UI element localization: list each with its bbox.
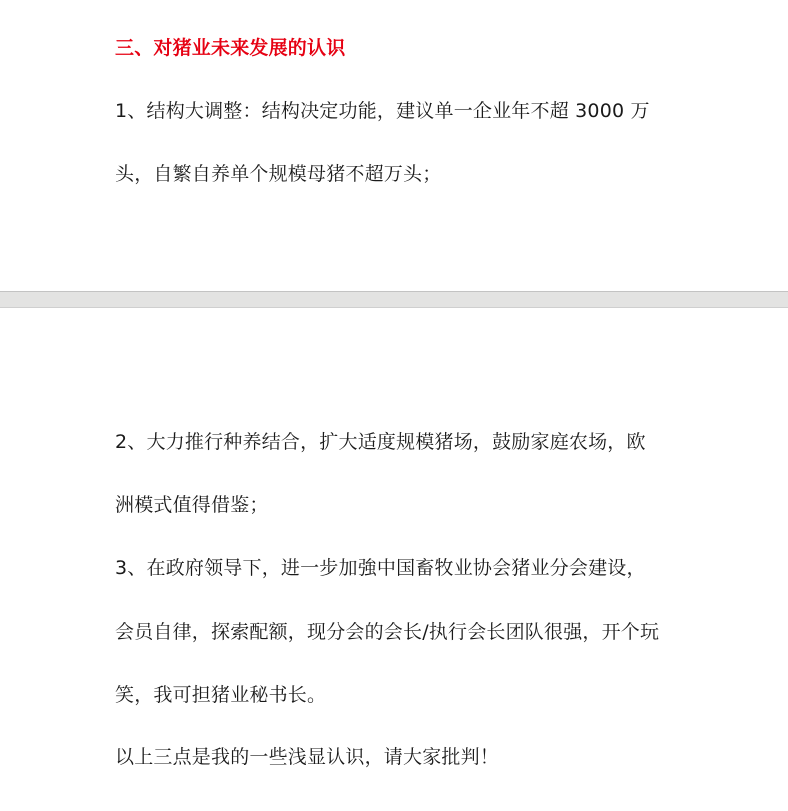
- document-page-2: 2、大力推行种养结合，扩大适度规模猪场，鼓励家庭农场，欧 洲模式值得借鉴； 3、…: [0, 308, 788, 811]
- section-heading: 三、对猪业未来发展的认识: [115, 33, 345, 60]
- paragraph-line: 笑，我可担猪业秘书长。: [115, 680, 326, 707]
- document-page-1: 三、对猪业未来发展的认识 1、结构大调整：结构决定功能，建议单一企业年不超 30…: [0, 0, 788, 291]
- paragraph-line: 2、大力推行种养结合，扩大适度规模猪场，鼓励家庭农场，欧: [115, 427, 646, 454]
- paragraph-line: 3、在政府领导下，进一步加強中国畜牧业协会猪业分会建设，: [115, 553, 646, 580]
- paragraph-line: 会员自律，探索配额，现分会的会长/执行会长团队很强，开个玩: [115, 617, 659, 644]
- paragraph-line: 头，自繁自养单个规模母猪不超万头；: [115, 159, 441, 186]
- paragraph-line: 洲模式值得借鉴；: [115, 490, 269, 517]
- page-separator: [0, 291, 788, 308]
- closing-line: 以上三点是我的一些浅显认识，请大家批判！: [115, 742, 499, 769]
- paragraph-line: 1、结构大调整：结构决定功能，建议单一企业年不超 3000 万: [115, 96, 650, 123]
